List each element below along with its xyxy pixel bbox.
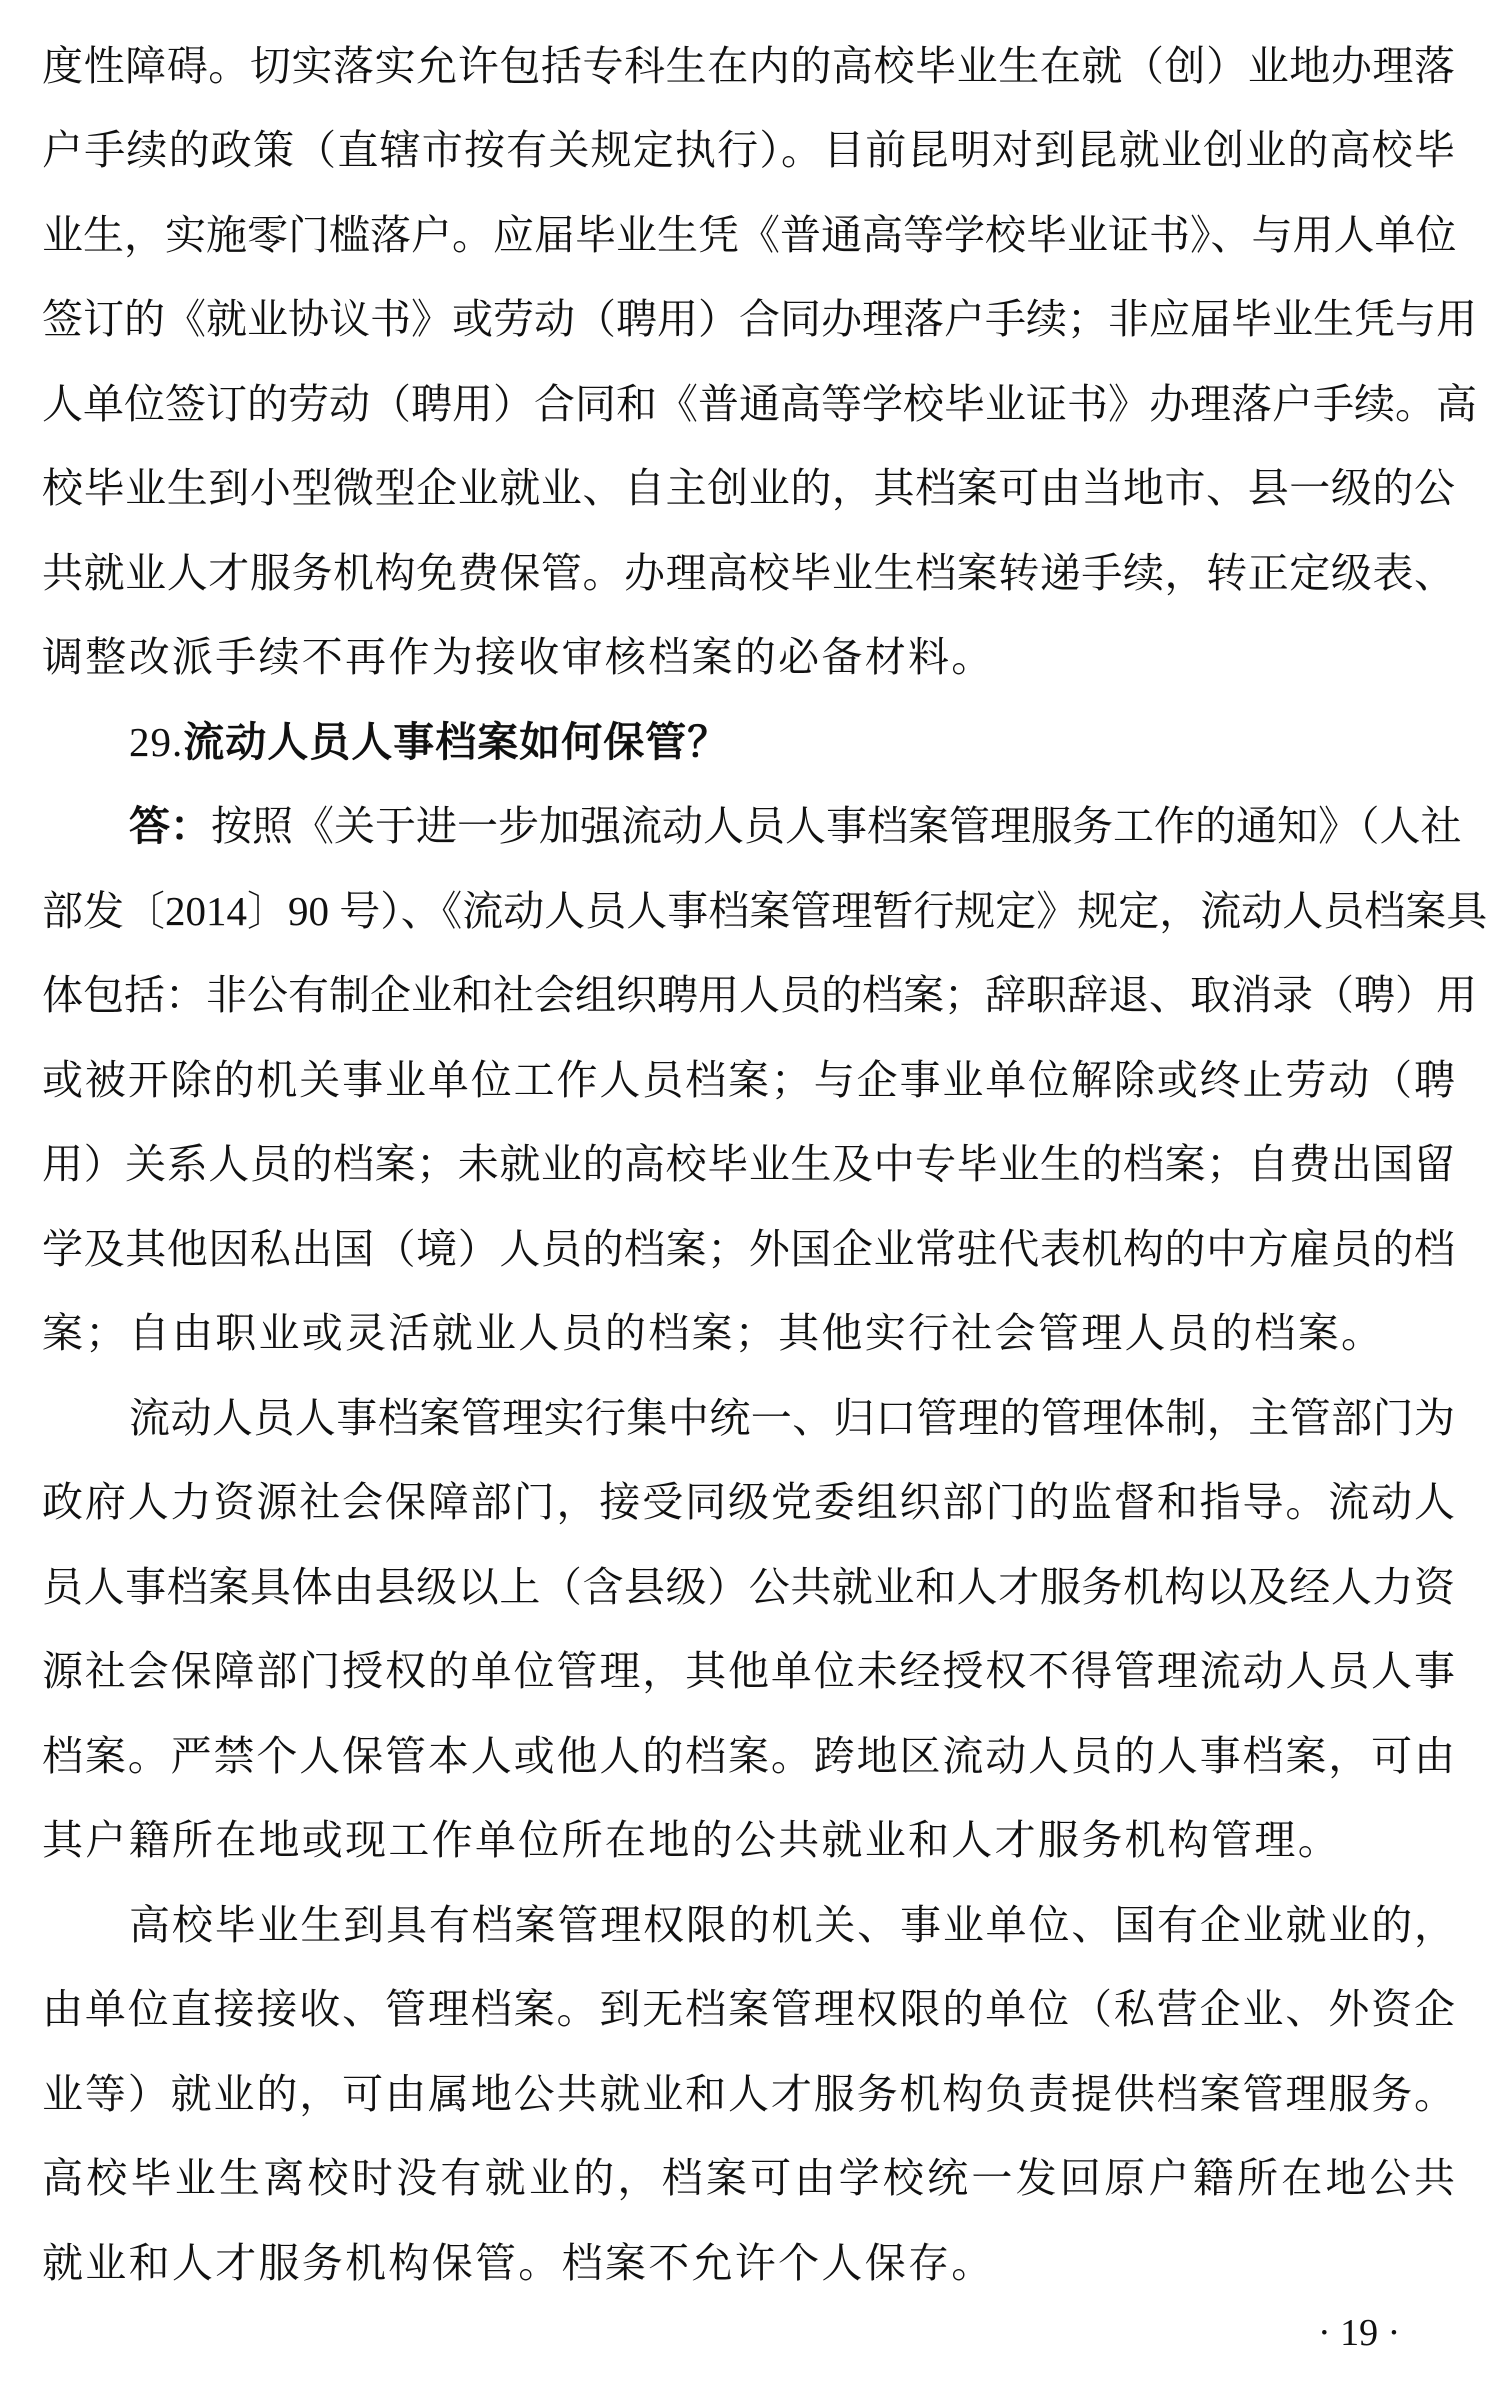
text-line: 用）关系人员的档案；未就业的高校毕业生及中专毕业生的档案；自费出国留 — [42, 1139, 1455, 1189]
text-line: 源社会保障部门授权的单位管理，其他单位未经授权不得管理流动人员人事 — [42, 1646, 1455, 1696]
text-line: 高校毕业生到具有档案管理权限的机关、事业单位、国有企业就业的， — [129, 1900, 1455, 1950]
text-line: 高校毕业生离校时没有就业的，档案可由学校统一发回原户籍所在地公共 — [42, 2153, 1455, 2203]
text-line: 签订的《就业协议书》或劳动（聘用）合同办理落户手续；非应届毕业生凭与用 — [42, 294, 1455, 344]
text-line: 就业和人才服务机构保管。档案不允许个人保存。 — [42, 2238, 1455, 2288]
question-heading: 29.流动人员人事档案如何保管？ — [129, 717, 1455, 767]
text-line: 业生，实施零门槛落户。应届毕业生凭《普通高等学校毕业证书》、与用人单位 — [42, 210, 1455, 260]
text-line: 调整改派手续不再作为接收审核档案的必备材料。 — [42, 632, 1455, 682]
text-line: 流动人员人事档案管理实行集中统一、归口管理的管理体制，主管部门为 — [129, 1393, 1455, 1443]
document-page: 度性障碍。切实落实允许包括专科生在内的高校毕业生在就（创）业地办理落 户手续的政… — [0, 0, 1499, 2395]
answer-first-line: 答：按照《关于进一步加强流动人员人事档案管理服务工作的通知》（人社 — [129, 801, 1455, 851]
answer-label: 答： — [129, 802, 211, 850]
text-line: 其户籍所在地或现工作单位所在地的公共就业和人才服务机构管理。 — [42, 1815, 1455, 1865]
text-line: 体包括：非公有制企业和社会组织聘用人员的档案；辞职辞退、取消录（聘）用 — [42, 970, 1455, 1020]
text-line: 案；自由职业或灵活就业人员的档案；其他实行社会管理人员的档案。 — [42, 1308, 1455, 1358]
question-number: 29. — [129, 719, 183, 765]
text-line: 部发〔2014〕90 号）、《流动人员人事档案管理暂行规定》规定，流动人员档案具 — [42, 886, 1455, 936]
question-title: 流动人员人事档案如何保管？ — [183, 718, 729, 766]
text-line: 校毕业生到小型微型企业就业、自主创业的，其档案可由当地市、县一级的公 — [42, 463, 1455, 513]
text-line: 政府人力资源社会保障部门，接受同级党委组织部门的监督和指导。流动人 — [42, 1477, 1455, 1527]
text-line: 员人事档案具体由县级以上（含县级）公共就业和人才服务机构以及经人力资 — [42, 1562, 1455, 1612]
text-line: 户手续的政策（直辖市按有关规定执行）。目前昆明对到昆就业创业的高校毕 — [42, 125, 1455, 175]
text-line: 共就业人才服务机构免费保管。办理高校毕业生档案转递手续，转正定级表、 — [42, 548, 1455, 598]
text-line: 学及其他因私出国（境）人员的档案；外国企业常驻代表机构的中方雇员的档 — [42, 1224, 1455, 1274]
text-line: 人单位签订的劳动（聘用）合同和《普通高等学校毕业证书》办理落户手续。高 — [42, 379, 1455, 429]
text-line: 档案。严禁个人保管本人或他人的档案。跨地区流动人员的人事档案，可由 — [42, 1731, 1455, 1781]
text-line: 或被开除的机关事业单位工作人员档案；与企事业单位解除或终止劳动（聘 — [42, 1055, 1455, 1105]
text-line: 业等）就业的，可由属地公共就业和人才服务机构负责提供档案管理服务。 — [42, 2069, 1455, 2119]
text-line: 按照《关于进一步加强流动人员人事档案管理服务工作的通知》（人社 — [211, 803, 1462, 849]
page-number: · 19 · — [1318, 2308, 1400, 2358]
text-line: 由单位直接接收、管理档案。到无档案管理权限的单位（私营企业、外资企 — [42, 1984, 1455, 2034]
text-line: 度性障碍。切实落实允许包括专科生在内的高校毕业生在就（创）业地办理落 — [42, 41, 1455, 91]
